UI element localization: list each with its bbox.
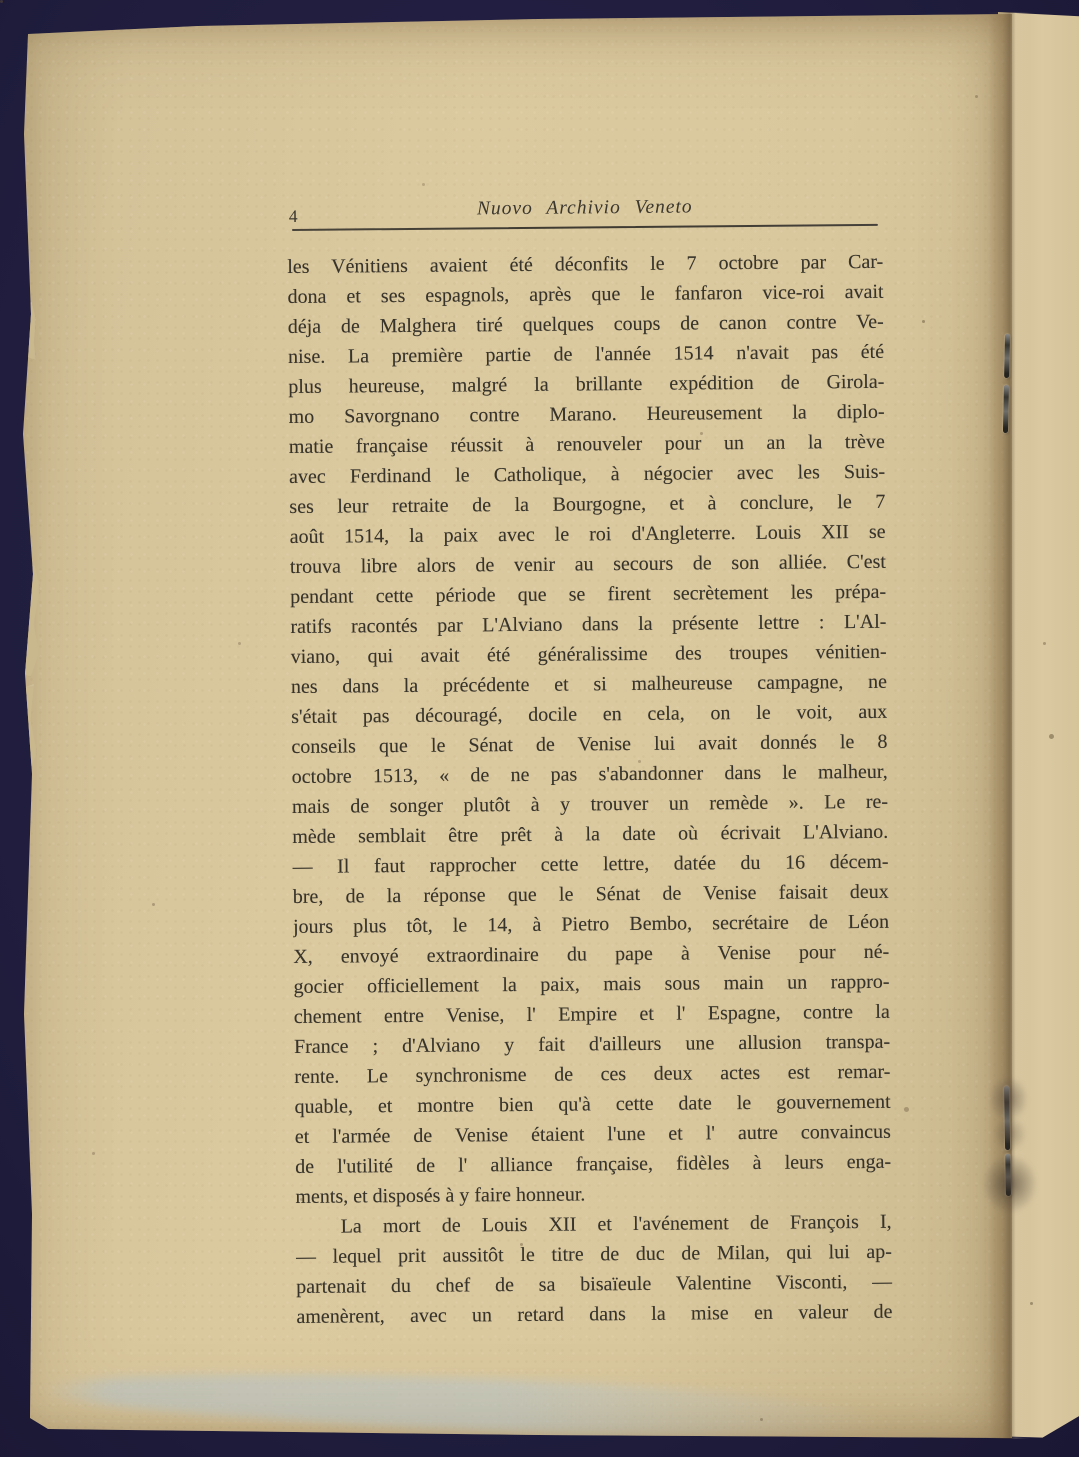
staple-bottom — [1004, 1086, 1012, 1196]
scan-background: 4 Nuovo Archivio Veneto les Vénitiens av… — [0, 0, 1079, 1457]
running-title: Nuovo Archivio Veneto — [287, 195, 883, 222]
text-block: les Vénitiens avaient été déconfits le 7… — [287, 247, 892, 1332]
page-content: 4 Nuovo Archivio Veneto les Vénitiens av… — [16, 8, 1022, 1441]
staple-wire — [1003, 385, 1009, 433]
text-line: amenèrent, avec un retard dans la mise e… — [296, 1297, 892, 1332]
text-line: de l'utilité de l' alliance française, f… — [295, 1147, 891, 1182]
book-page: 4 Nuovo Archivio Veneto les Vénitiens av… — [18, 14, 1012, 1438]
page-number: 4 — [289, 206, 298, 227]
staple-wire — [1004, 334, 1010, 378]
torn-edge-flap — [21, 302, 36, 360]
